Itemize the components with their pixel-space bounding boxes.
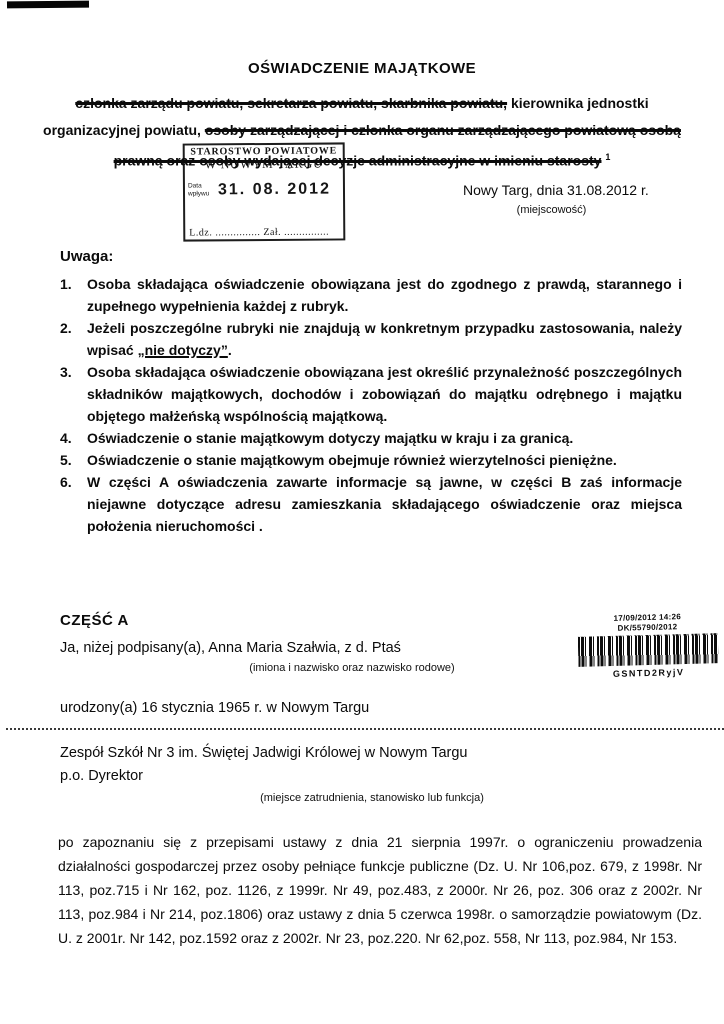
stamp-date-row: Data wpływu 31. 08. 2012 [185, 180, 343, 199]
note-text: Oświadczenie o stanie majątkowym obejmuj… [87, 449, 682, 471]
document-page: OŚWIADCZENIE MAJĄTKOWE członka zarządu p… [0, 0, 724, 1024]
birth-line: urodzony(a) 16 stycznia 1965 r. w Nowym … [60, 700, 369, 716]
stamp-reference-line: L.dz. ............... Zał. .............… [189, 226, 340, 238]
document-subtitle: członka zarządu powiatu, sekretarza powi… [30, 90, 694, 175]
note-text-post: . [228, 342, 232, 358]
legal-basis-paragraph: po zapoznaniu się z przepisami ustawy z … [58, 830, 702, 950]
note-text: Osoba składająca oświadczenie obowiązana… [87, 361, 682, 427]
place-date-line: Nowy Targ, dnia 31.08.2012 r. [463, 182, 678, 198]
note-text: W części A oświadczenia zawarte informac… [87, 471, 682, 537]
note-item: 1. Osoba składająca oświadczenie obowiąz… [60, 273, 682, 317]
notes-label: Uwaga: [60, 248, 682, 265]
dotted-separator [6, 728, 724, 730]
note-number: 1. [60, 273, 87, 317]
struck-roles-text: osoby zarządzającej i członka organu zar… [205, 122, 681, 138]
section-a-heading: CZĘŚĆ A [60, 612, 129, 629]
declarant-line: Ja, niżej podpisany(a), Anna Maria Szałw… [60, 640, 401, 656]
note-text: Oświadczenie o stanie majątkowym dotyczy… [87, 427, 682, 449]
subtitle-line-2: organizacyjnej powiatu, osoby zarządzają… [30, 117, 694, 144]
note-text: Jeżeli poszczególne rubryki nie znajdują… [87, 317, 682, 361]
notes-section: Uwaga: 1. Osoba składająca oświadczenie … [60, 248, 682, 537]
role-text: organizacyjnej powiatu, [43, 122, 205, 138]
note-number: 3. [60, 361, 87, 427]
note-item: 6. W części A oświadczenia zawarte infor… [60, 471, 682, 537]
declarant-caption: (imiona i nazwisko oraz nazwisko rodowe) [60, 662, 644, 674]
employment-place-line: Zespół Szkół Nr 3 im. Świętej Jadwigi Kr… [60, 745, 467, 761]
employment-caption: (miejsce zatrudnienia, stanowisko lub fu… [40, 792, 704, 804]
note-text: Osoba składająca oświadczenie obowiązana… [87, 273, 682, 317]
employment-position-line: p.o. Dyrektor [60, 768, 143, 784]
note-number: 5. [60, 449, 87, 471]
footnote-reference: 1 [605, 152, 610, 162]
subtitle-line-3: prawną oraz osoby wydającej decyzje admi… [30, 144, 694, 175]
note-number: 6. [60, 471, 87, 537]
struck-roles-text: prawną oraz osoby wydającej decyzje admi… [114, 153, 602, 169]
place-caption: (miejscowość) [463, 204, 678, 216]
stamp-date-value: 31. 08. 2012 [218, 181, 331, 200]
note-item: 2. Jeżeli poszczególne rubryki nie znajd… [60, 317, 682, 361]
role-text: kierownika jednostki [507, 95, 649, 111]
struck-roles-text: członka zarządu powiatu, sekretarza powi… [75, 95, 507, 111]
subtitle-line-1: członka zarządu powiatu, sekretarza powi… [30, 90, 694, 117]
note-item: 5. Oświadczenie o stanie majątkowym obej… [60, 449, 682, 471]
note-text-underlined: „nie dotyczy” [138, 342, 228, 358]
note-number: 2. [60, 317, 87, 361]
place-and-date: Nowy Targ, dnia 31.08.2012 r. (miejscowo… [463, 182, 678, 216]
note-number: 4. [60, 427, 87, 449]
scan-artifact-mark [7, 1, 89, 9]
note-item: 4. Oświadczenie o stanie majątkowym doty… [60, 427, 682, 449]
note-item: 3. Osoba składająca oświadczenie obowiąz… [60, 361, 682, 427]
stamp-date-label: Data wpływu [188, 182, 213, 198]
document-title: OŚWIADCZENIE MAJĄTKOWE [0, 60, 724, 77]
